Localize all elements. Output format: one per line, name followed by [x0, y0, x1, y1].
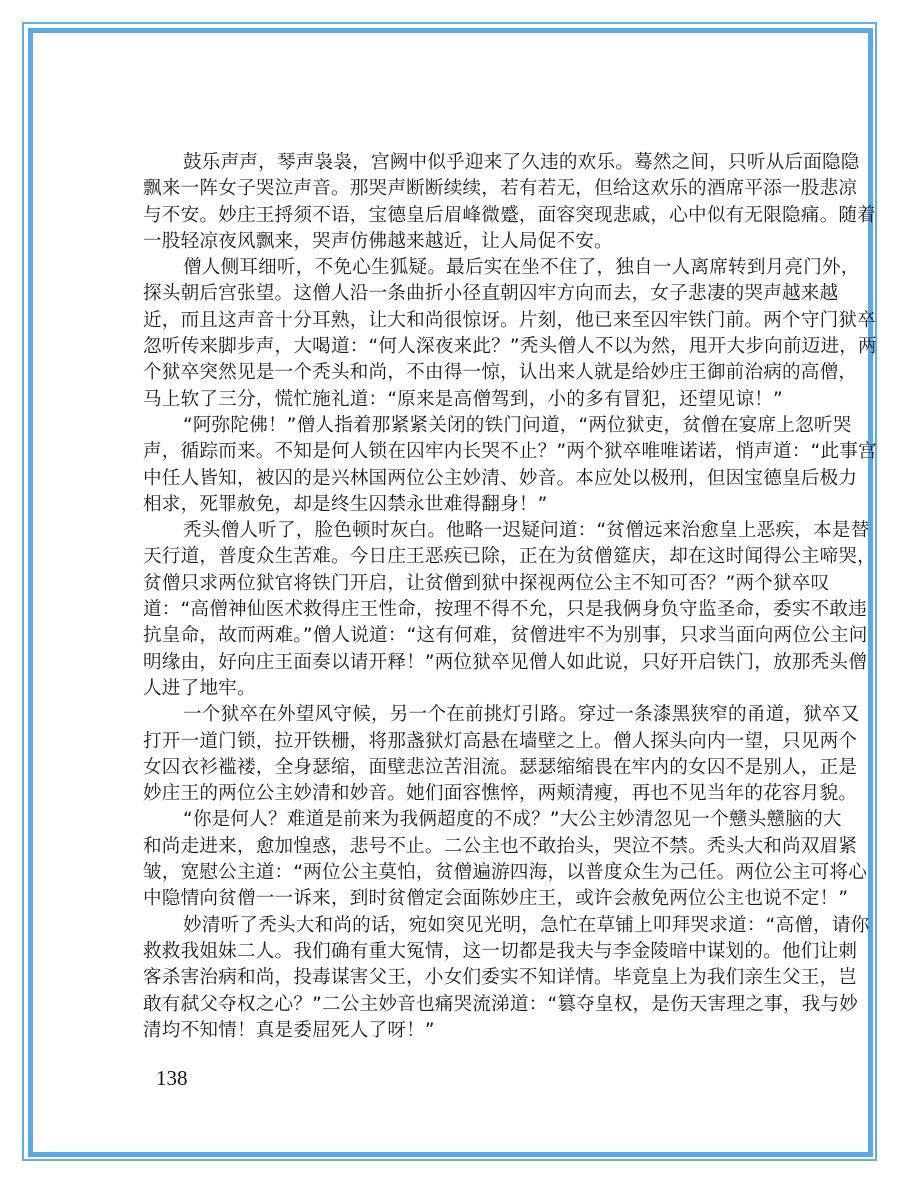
text-line: 僧人侧耳细听，不免心生狐疑。最后实在坐不住了，独自一人离席转到月亮门外， — [143, 255, 783, 281]
text-line: 皱，宽慰公主道：“两位公主莫怕，贫僧遍游四海，以普度众生为己任。两位公主可将心 — [143, 860, 783, 886]
text-line: 和尚走进来，愈加惶惑，悲号不止。二公主也不敢抬头，哭泣不禁。秃头大和尚双眉紧 — [143, 834, 783, 860]
page-body-text: 鼓乐声声，琴声袅袅，宫阙中似乎迎来了久违的欢乐。蓦然之间，只听从后面隐隐 飘来一… — [143, 150, 783, 1044]
text-line: 秃头僧人听了，脸色顿时灰白。他略一迟疑问道：“贫僧远来治愈皇上恶疾，本是替 — [143, 518, 783, 544]
paragraph-4: 秃头僧人听了，脸色顿时灰白。他略一迟疑问道：“贫僧远来治愈皇上恶疾，本是替 天行… — [143, 518, 783, 702]
text-line: 一个狱卒在外望风守候，另一个在前挑灯引路。穿过一条漆黑狭窄的甬道，狱卒又 — [143, 702, 783, 728]
text-line: 明缘由，好向庄王面奏以请开释！”两位狱卒见僧人如此说，只好开启铁门，放那秃头僧 — [143, 650, 783, 676]
text-line: 与不安。妙庄王捋须不语，宝德皇后眉峰微蹙，面容突现悲戚，心中似有无限隐痛。随着 — [143, 203, 783, 229]
text-line: 妙清听了秃头大和尚的话，宛如突见光明，急忙在草铺上叩拜哭求道：“高僧，请你 — [143, 913, 783, 939]
text-line: 人进了地牢。 — [143, 676, 783, 702]
text-line: 声，循踪而来。不知是何人锁在囚牢内长哭不止？”两个狱卒唯唯诺诺，悄声道：“此事宫 — [143, 439, 783, 465]
text-line: 贫僧只求两位狱官将铁门开启，让贫僧到狱中探视两位公主不知可否？”两个狱卒叹 — [143, 571, 783, 597]
text-line: 马上软了三分，慌忙施礼道：“原来是高僧驾到，小的多有冒犯，还望见谅！” — [143, 387, 783, 413]
paragraph-6: “你是何人？难道是前来为我俩超度的不成？”大公主妙清忽见一个戆头戆脑的大 和尚走… — [143, 807, 783, 912]
paragraph-5: 一个狱卒在外望风守候，另一个在前挑灯引路。穿过一条漆黑狭窄的甬道，狱卒又 打开一… — [143, 702, 783, 807]
text-line: 清均不知情！真是委屈死人了呀！” — [143, 1018, 783, 1044]
text-line: 一股轻凉夜风飘来，哭声仿佛越来越近，让人局促不安。 — [143, 229, 783, 255]
text-line: 救救我姐妹二人。我们确有重大冤情，这一切都是我夫与李金陵暗中谋划的。他们让刺 — [143, 939, 783, 965]
text-line: 个狱卒突然见是一个秃头和尚，不由得一惊，认出来人就是给妙庄王御前治病的高僧， — [143, 360, 783, 386]
text-line: 女囚衣衫褴褛，全身瑟缩，面壁悲泣苦泪流。瑟瑟缩缩畏在牢内的女囚不是别人，正是 — [143, 755, 783, 781]
paragraph-3: “阿弥陀佛！”僧人指着那紧紧关闭的铁门问道，“两位狱吏，贫僧在宴席上忽听哭 声，… — [143, 413, 783, 518]
text-line: 鼓乐声声，琴声袅袅，宫阙中似乎迎来了久违的欢乐。蓦然之间，只听从后面隐隐 — [143, 150, 783, 176]
text-line: 抗皇命，故而两难。”僧人说道：“这有何难，贫僧进牢不为别事，只求当面向两位公主问 — [143, 623, 783, 649]
text-line: 探头朝后宫张望。这僧人沿一条曲折小径直朝囚牢方向而去，女子悲凄的哭声越来越 — [143, 281, 783, 307]
text-line: 忽听传来脚步声，大喝道：“何人深夜来此？”秃头僧人不以为然，甩开大步向前迈进，两 — [143, 334, 783, 360]
text-line: 近，而且这声音十分耳熟，让大和尚很惊讶。片刻，他已来至囚牢铁门前。两个守门狱卒 — [143, 308, 783, 334]
text-line: 妙庄王的两位公主妙清和妙音。她们面容憔悴，两颊清瘦，再也不见当年的花容月貌。 — [143, 781, 783, 807]
text-line: 客杀害治病和尚，投毒谋害父王，小女们委实不知详情。毕竟皇上为我们亲生父王，岂 — [143, 965, 783, 991]
text-line: 中隐情向贫僧一一诉来，到时贫僧定会面陈妙庄王，或许会赦免两位公主也说不定！” — [143, 886, 783, 912]
text-line: 飘来一阵女子哭泣声音。那哭声断断续续，若有若无，但给这欢乐的酒席平添一股悲凉 — [143, 176, 783, 202]
text-line: 中任人皆知，被囚的是兴林国两位公主妙清、妙音。本应处以极刑，但因宝德皇后极力 — [143, 466, 783, 492]
text-line: 道：“高僧神仙医术救得庄王性命，按理不得不允，只是我俩身负守监圣命，委实不敢违 — [143, 597, 783, 623]
text-line: 敢有弑父夺权之心？”二公主妙音也痛哭流涕道：“篡夺皇权，是伤天害理之事，我与妙 — [143, 992, 783, 1018]
page-number: 138 — [156, 1066, 188, 1091]
text-line: “阿弥陀佛！”僧人指着那紧紧关闭的铁门问道，“两位狱吏，贫僧在宴席上忽听哭 — [143, 413, 783, 439]
text-line: 打开一道门锁，拉开铁栅，将那盏狱灯高悬在墙壁之上。僧人探头向内一望，只见两个 — [143, 729, 783, 755]
paragraph-1: 鼓乐声声，琴声袅袅，宫阙中似乎迎来了久违的欢乐。蓦然之间，只听从后面隐隐 飘来一… — [143, 150, 783, 255]
text-line: 相求，死罪赦免，却是终生囚禁永世难得翻身！” — [143, 492, 783, 518]
paragraph-7: 妙清听了秃头大和尚的话，宛如突见光明，急忙在草铺上叩拜哭求道：“高僧，请你 救救… — [143, 913, 783, 1044]
text-line: “你是何人？难道是前来为我俩超度的不成？”大公主妙清忽见一个戆头戆脑的大 — [143, 807, 783, 833]
paragraph-2: 僧人侧耳细听，不免心生狐疑。最后实在坐不住了，独自一人离席转到月亮门外， 探头朝… — [143, 255, 783, 413]
text-line: 天行道，普度众生苦难。今日庄王恶疾已除，正在为贫僧筵庆，却在这时闻得公主啼哭， — [143, 544, 783, 570]
